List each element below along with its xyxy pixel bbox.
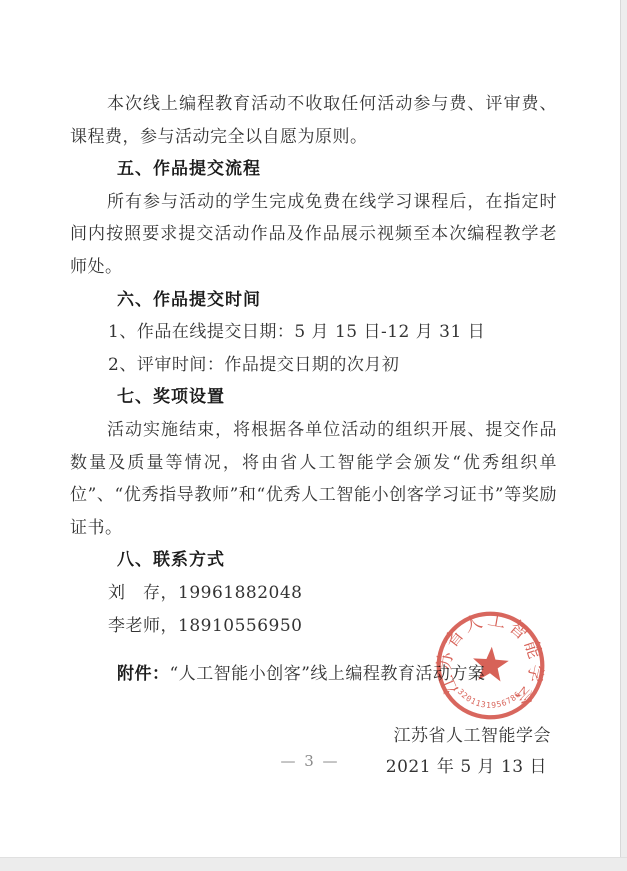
attachment-label: 附件： <box>117 664 170 684</box>
item-review-time: 2、评审时间：作品提交日期的次月初 <box>70 349 557 382</box>
heading-section-7: 七、奖项设置 <box>70 381 557 414</box>
signature-org: 江苏省人工智能学会 <box>70 721 551 752</box>
page-background-strip <box>0 857 627 871</box>
heading-section-5: 五、作品提交流程 <box>70 153 557 186</box>
heading-section-6: 六、作品提交时间 <box>70 284 557 317</box>
item-submit-date: 1、作品在线提交日期：5 月 15 日-12 月 31 日 <box>70 316 557 349</box>
heading-section-8: 八、联系方式 <box>70 544 557 577</box>
page-number: — 3 — <box>0 752 620 770</box>
contact-liu-cun: 刘 存，19961882048 <box>70 577 557 610</box>
seal-star-icon <box>472 645 510 682</box>
paragraph-fees: 本次线上编程教育活动不收取任何活动参与费、评审费、课程费，参与活动完全以自愿为原… <box>70 88 557 153</box>
official-seal: 江苏省人工智能学会 3201131956786 <box>430 605 551 726</box>
document-page: 本次线上编程教育活动不收取任何活动参与费、评审费、课程费，参与活动完全以自愿为原… <box>0 0 621 858</box>
paragraph-awards: 活动实施结束，将根据各单位活动的组织开展、提交作品数量及质量等情况，将由省人工智… <box>70 414 557 544</box>
paragraph-submission: 所有参与活动的学生完成免费在线学习课程后，在指定时间内按照要求提交活动作品及作品… <box>70 186 557 284</box>
